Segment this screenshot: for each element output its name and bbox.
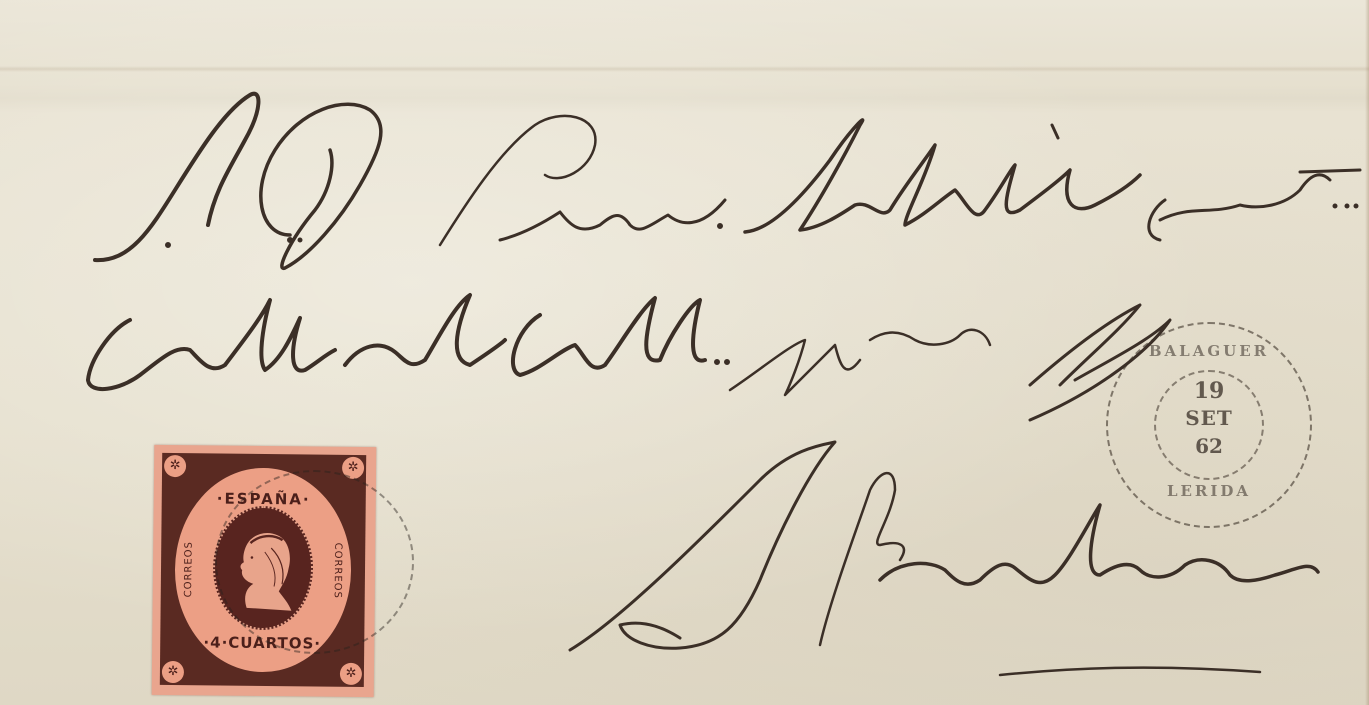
postmark-month: SET: [1106, 406, 1312, 430]
circular-postmark: BALAGUER 19 SET 62 LERIDA: [1106, 322, 1312, 528]
stamp-corner-ornament-icon: ✲: [340, 663, 362, 685]
postmark-day: 19: [1106, 378, 1312, 404]
address-line-2: [88, 295, 1170, 420]
postmark-town: BALAGUER: [1106, 342, 1312, 360]
address-line-1: [95, 94, 1360, 269]
stamp-corner-ornament-icon: ✲: [164, 455, 186, 477]
postmark-province: LERIDA: [1106, 482, 1312, 500]
stamp-cancellation-mark: [215, 470, 414, 654]
stamp-corner-ornament-icon: ✲: [162, 661, 184, 683]
postmark-year: 62: [1106, 434, 1312, 458]
stamp-side-label-left: CORREOS: [183, 541, 195, 597]
